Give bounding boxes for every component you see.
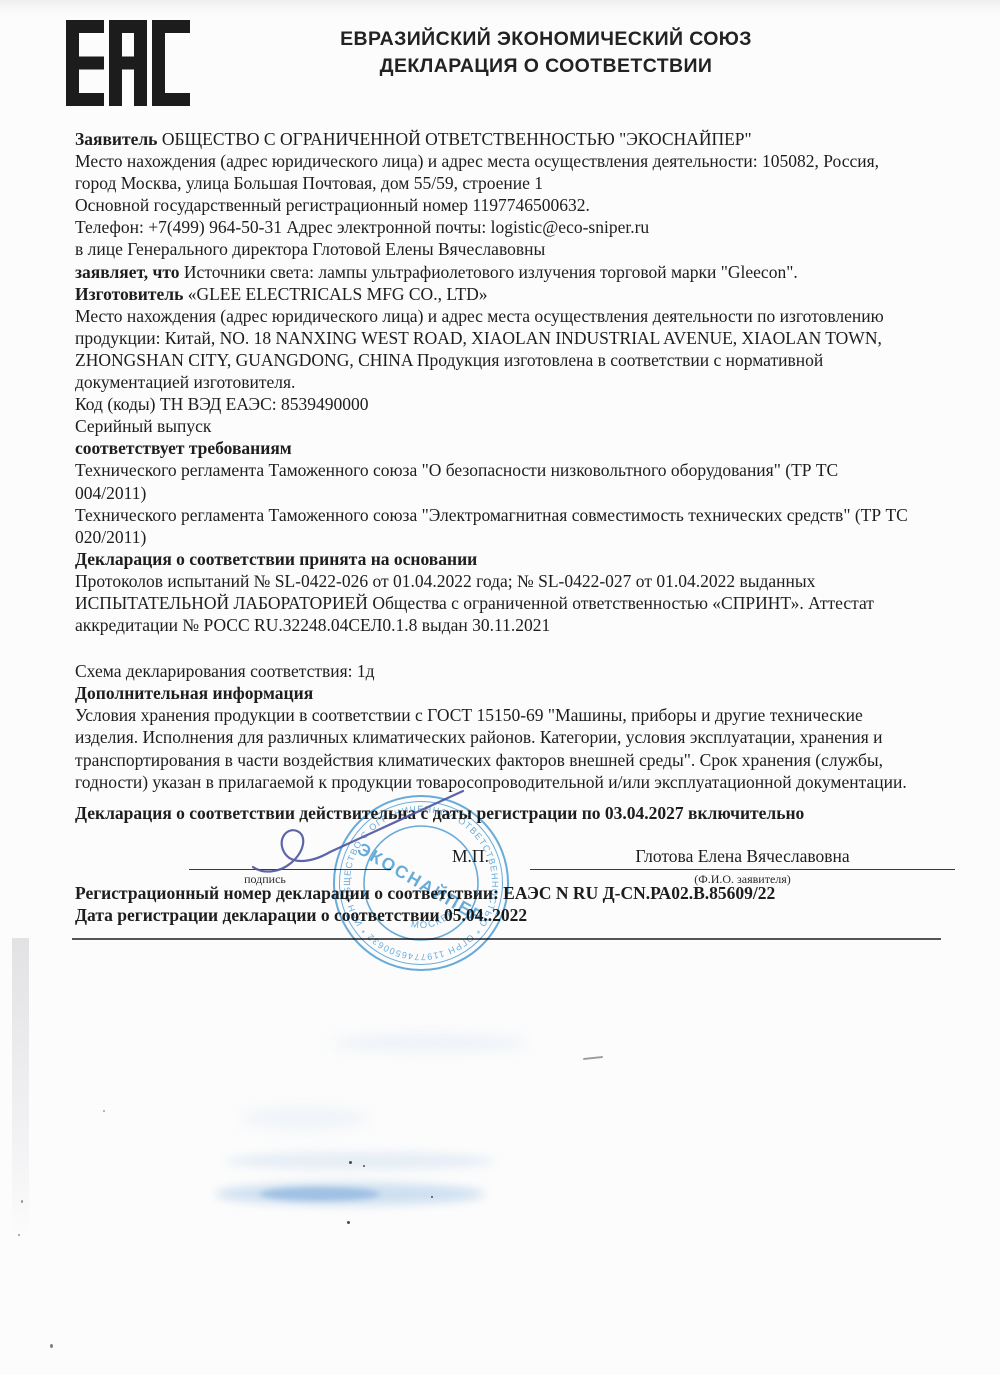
line-declares: заявляет, что Источники света: лампы уль… bbox=[75, 261, 955, 283]
line-reg-004-1: Технического регламента Таможенного союз… bbox=[75, 459, 955, 481]
line-storage-3: транспортирования в части воздействия кл… bbox=[75, 749, 955, 771]
line-reg-020-2: 020/2011) bbox=[75, 526, 955, 548]
line-complies-heading: соответствует требованиям bbox=[75, 437, 955, 459]
line-ogrn: Основной государственный регистрационный… bbox=[75, 194, 955, 216]
ink-smudge-band-upper bbox=[225, 1152, 495, 1170]
header-union-line: ЕВРАЗИЙСКИЙ ЭКОНОМИЧЕСКИЙ СОЮЗ bbox=[190, 26, 902, 53]
line-address-1: Место нахождения (адрес юридического лиц… bbox=[75, 150, 955, 172]
scan-speck bbox=[21, 1200, 23, 1203]
line-serial: Серийный выпуск bbox=[75, 415, 955, 437]
scan-speck bbox=[18, 1234, 20, 1236]
line-tnved-code: Код (коды) ТН ВЭД ЕАЭС: 8539490000 bbox=[75, 393, 955, 415]
handwritten-signature bbox=[235, 775, 475, 885]
scan-speck bbox=[347, 1221, 350, 1224]
scan-edge-noise bbox=[0, 0, 1000, 18]
line-scheme: Схема декларирования соответствия: 1д bbox=[75, 660, 955, 682]
scan-speck bbox=[431, 1196, 433, 1198]
declaration-document: ЕВРАЗИЙСКИЙ ЭКОНОМИЧЕСКИЙ СОЮЗ ДЕКЛАРАЦИ… bbox=[0, 0, 1000, 1375]
ink-smudge-faint-mid bbox=[240, 1106, 370, 1130]
line-address-2: город Москва, улица Большая Почтовая, до… bbox=[75, 172, 955, 194]
scan-left-artifact bbox=[12, 938, 29, 1238]
scanned-page: { "eac_mark": "ЕАС", "header": { "union"… bbox=[0, 0, 1000, 1375]
line-director: в лице Генерального директора Глотовой Е… bbox=[75, 238, 955, 260]
applicant-name-line bbox=[530, 869, 955, 870]
header-title-line: ДЕКЛАРАЦИЯ О СООТВЕТСТВИИ bbox=[190, 53, 902, 80]
line-mfg-address-1: Место нахождения (адрес юридического лиц… bbox=[75, 305, 955, 327]
line-laboratory: ИСПЫТАТЕЛЬНОЙ ЛАБОРАТОРИЕЙ Общества с ог… bbox=[75, 592, 955, 614]
line-mfg-address-3: ZHONGSHAN CITY, GUANGDONG, CHINA Продукц… bbox=[75, 349, 955, 371]
scan-speck bbox=[349, 1161, 352, 1164]
ink-smudge-faint-top bbox=[330, 1034, 530, 1052]
line-additional-heading: Дополнительная информация bbox=[75, 682, 955, 704]
line-mfg-address-4: документацией изготовителя. bbox=[75, 371, 955, 393]
line-reg-004-2: 004/2011) bbox=[75, 482, 955, 504]
line-storage-2: изделия. Исполнения для различных климат… bbox=[75, 726, 955, 748]
document-header: ЕВРАЗИЙСКИЙ ЭКОНОМИЧЕСКИЙ СОЮЗ ДЕКЛАРАЦИ… bbox=[190, 26, 902, 80]
line-storage-1: Условия хранения продукции в соответстви… bbox=[75, 704, 955, 726]
line-reg-020-1: Технического регламента Таможенного союз… bbox=[75, 504, 955, 526]
line-accreditation: аккредитации № РОСС RU.32248.04СЕЛ0.1.8 … bbox=[75, 614, 955, 636]
pencil-dash bbox=[583, 1056, 603, 1060]
eac-mark-icon bbox=[66, 20, 190, 106]
scan-speck bbox=[103, 1110, 105, 1112]
applicant-name: Глотова Елена Вячеславовна bbox=[530, 846, 955, 867]
line-phone-email: Телефон: +7(499) 964-50-31 Адрес электро… bbox=[75, 216, 955, 238]
line-manufacturer: Изготовитель «GLEE ELECTRICALS MFG CO., … bbox=[75, 283, 955, 305]
line-protocols: Протоколов испытаний № SL-0422-026 от 01… bbox=[75, 570, 955, 592]
line-basis-heading: Декларация о соответствии принята на осн… bbox=[75, 548, 955, 570]
scan-speck bbox=[363, 1165, 365, 1167]
line-applicant: Заявитель ОБЩЕСТВО С ОГРАНИЧЕННОЙ ОТВЕТС… bbox=[75, 128, 955, 150]
ink-smudge-band-core bbox=[260, 1187, 380, 1201]
scan-speck bbox=[50, 1344, 53, 1348]
applicant-name-caption: (Ф.И.О. заявителя) bbox=[530, 872, 955, 886]
line-mfg-address-2: продукции: Китай, NO. 18 NANXING WEST RO… bbox=[75, 327, 955, 349]
